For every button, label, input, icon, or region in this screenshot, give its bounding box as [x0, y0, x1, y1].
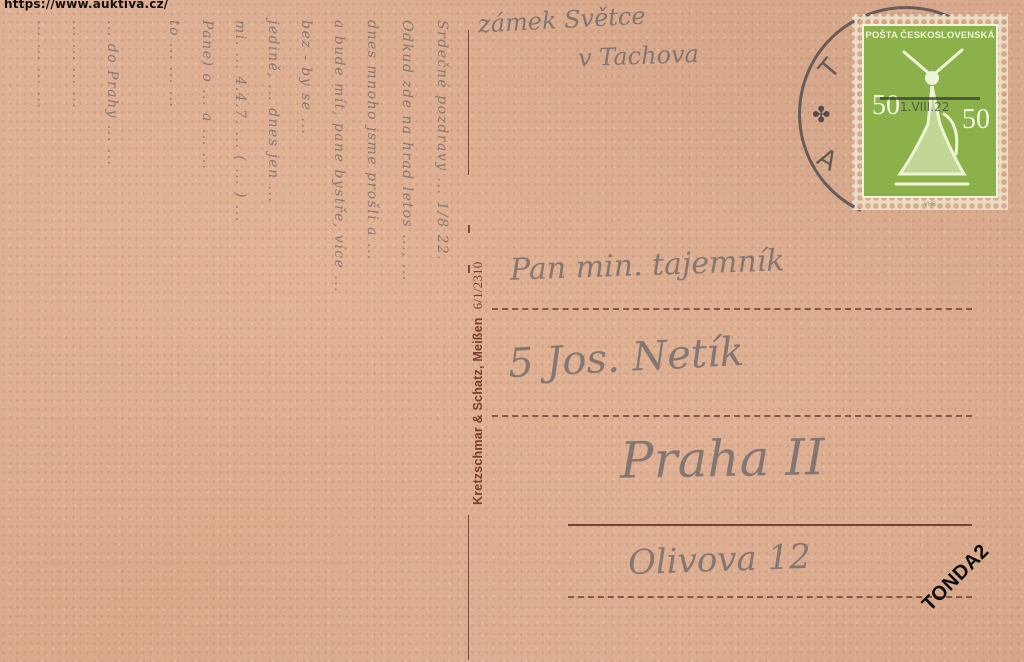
stamp-figure-icon [894, 44, 970, 192]
address-rule-4 [568, 596, 972, 598]
address-rule-1 [492, 308, 972, 310]
letter-line: Srdečné pozdravy ... 1/8 22. [434, 20, 450, 261]
source-url[interactable]: https://www.auktiva.cz/ [4, 0, 168, 11]
letter-line: ... ... ... ... [69, 20, 85, 109]
stamp-country: POŠTA ČESKOSLOVENSKÁ [864, 30, 996, 41]
divider-dash [468, 225, 470, 233]
letter-line: mi. ... 4.4.7. ... ( ... ) ... [232, 20, 248, 223]
publisher-name: Kretzschmar & Schatz, Meißen [471, 317, 485, 505]
publisher-code: 6/1/2310 [470, 262, 485, 310]
letter-line: jedině, ... dnes jen ... [265, 20, 281, 203]
postmark-ornament-icon: ✤ [812, 103, 830, 128]
stamp-engraver-mark: VHB [864, 202, 996, 208]
letter-line: Odkud zde na hrad letos ..., ... [399, 20, 415, 282]
stamp-value-right: 50 [962, 104, 990, 136]
handwritten-message: Srdečné pozdravy ... 1/8 22. Odkud zde n… [10, 20, 450, 660]
caption-line-2: v Tachova [578, 40, 700, 72]
address-line-3: Praha II [620, 428, 826, 490]
postcard-back: https://www.auktiva.cz/ zámek Světce v T… [0, 0, 1024, 662]
letter-line: Pane) o ... a ... ... [199, 20, 215, 170]
publisher-imprint: Kretzschmar & Schatz, Meißen6/1/2310 [470, 262, 486, 505]
center-divider-bottom [468, 515, 469, 660]
postmark-date: 1.VIII.22 [900, 100, 949, 114]
letter-line: ... ... ... ... [34, 20, 50, 109]
letter-line: ... do Prahy ... ... [104, 20, 120, 167]
address-rule-2 [492, 415, 972, 417]
center-divider-top [468, 30, 469, 175]
address-line-4: Olivova 12 [627, 537, 811, 583]
letter-line: to ... ... ... [166, 20, 182, 108]
letter-line: a bude mít, pane bystře, více ... [331, 20, 347, 293]
stamp-value-left: 50 [872, 90, 900, 122]
letter-line: bez - by se ... [298, 20, 314, 135]
letter-line: dnes mnoho jsme prošli a ... [364, 20, 380, 261]
address-rule-3 [568, 524, 972, 526]
